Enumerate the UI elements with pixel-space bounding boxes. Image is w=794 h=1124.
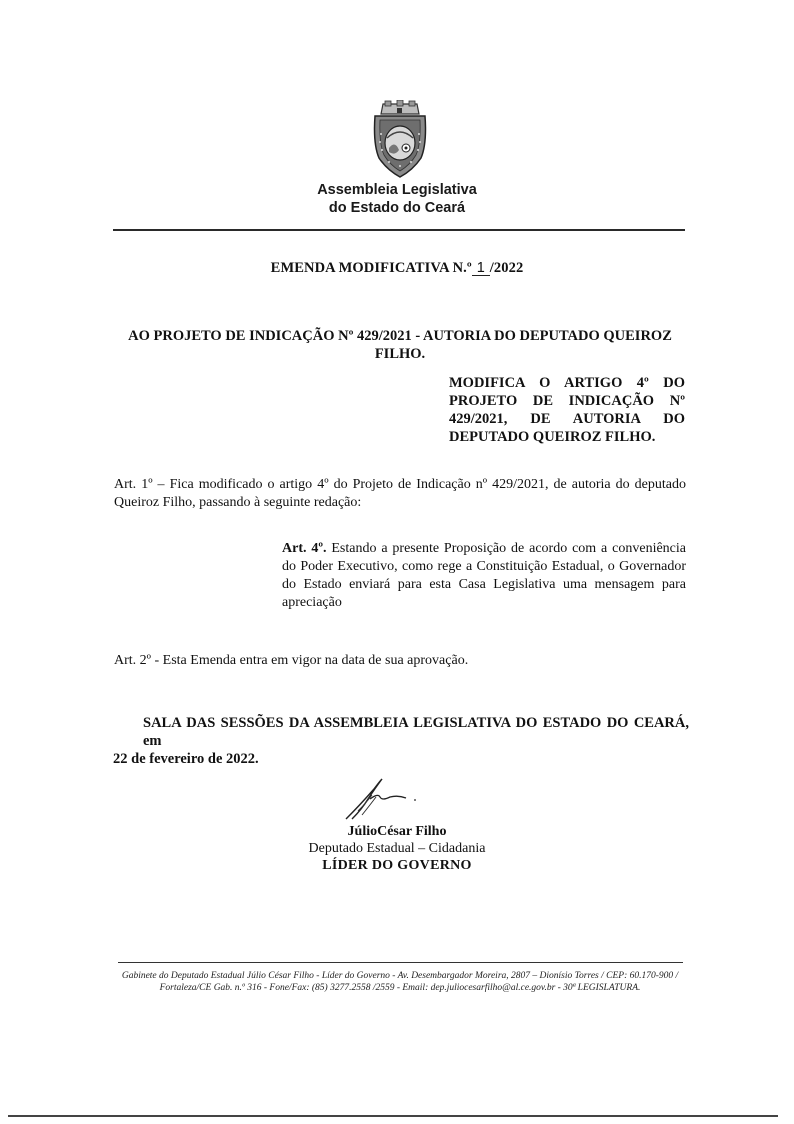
subject-line2: FILHO. xyxy=(120,345,680,363)
ementa-line: 429/2021, DE AUTORIA DO xyxy=(449,410,685,428)
title-prefix: EMENDA MODIFICATIVA N.º xyxy=(271,260,472,276)
subject-line1: AO PROJETO DE INDICAÇÃO Nº 429/2021 - AU… xyxy=(120,327,680,345)
article-4-line: Estando a presente Proposição de acordo … xyxy=(326,541,686,556)
ceara-coat-of-arms-icon xyxy=(369,100,431,178)
article-1-line1: Art. 1º – Fica modificado o artigo 4º do… xyxy=(114,476,686,494)
article-1-line2: Queiroz Filho, passando à seguinte redaç… xyxy=(114,495,361,510)
closing-statement: SALA DAS SESSÕES DA ASSEMBLEIA LEGISLATI… xyxy=(113,714,689,768)
footer-address-line1: Gabinete do Deputado Estadual Júlio Césa… xyxy=(100,970,700,982)
article-4-line: do Poder Executivo, como rege a Constitu… xyxy=(282,558,686,576)
header-divider xyxy=(113,229,685,231)
footer-address-line2: Fortaleza/CE Gab. n.º 316 - Fone/Fax: (8… xyxy=(100,982,700,994)
article-4-line: do Estado enviará para esta Casa Legisla… xyxy=(282,576,686,594)
page-bottom-rule xyxy=(8,1115,778,1117)
signatory-title: LÍDER DO GOVERNO xyxy=(0,857,794,874)
article-2: Art. 2º - Esta Emenda entra em vigor na … xyxy=(114,652,686,670)
article-1: Art. 1º – Fica modificado o artigo 4º do… xyxy=(114,476,686,512)
institution-name-line2: do Estado do Ceará xyxy=(0,200,794,216)
article-4-line: apreciação xyxy=(282,594,686,612)
footer-divider xyxy=(118,962,683,963)
article-4-label: Art. 4º. xyxy=(282,541,326,556)
article-4-quote: Art. 4º. Estando a presente Proposição d… xyxy=(282,540,686,612)
ementa-line: MODIFICA O ARTIGO 4º DO xyxy=(449,374,685,392)
ementa-block: MODIFICA O ARTIGO 4º DO PROJETO DE INDIC… xyxy=(449,374,685,446)
closing-date: 22 de fevereiro de 2022. xyxy=(113,751,259,767)
ementa-line: DEPUTADO QUEIROZ FILHO. xyxy=(449,428,685,446)
institution-name-line1: Assembleia Legislativa xyxy=(0,182,794,198)
title-suffix: /2022 xyxy=(490,260,524,276)
signatory-name: JúlioCésar Filho xyxy=(0,823,794,840)
document-subject: AO PROJETO DE INDICAÇÃO Nº 429/2021 - AU… xyxy=(120,327,680,363)
handwritten-signature-icon xyxy=(340,775,430,825)
signatory-role: Deputado Estadual – Cidadania xyxy=(0,840,794,857)
document-title: EMENDA MODIFICATIVA N.º1/2022 xyxy=(0,260,794,277)
amendment-number: 1 xyxy=(472,261,490,276)
ementa-line: PROJETO DE INDICAÇÃO Nº xyxy=(449,392,685,410)
closing-line1: SALA DAS SESSÕES DA ASSEMBLEIA LEGISLATI… xyxy=(113,714,689,750)
